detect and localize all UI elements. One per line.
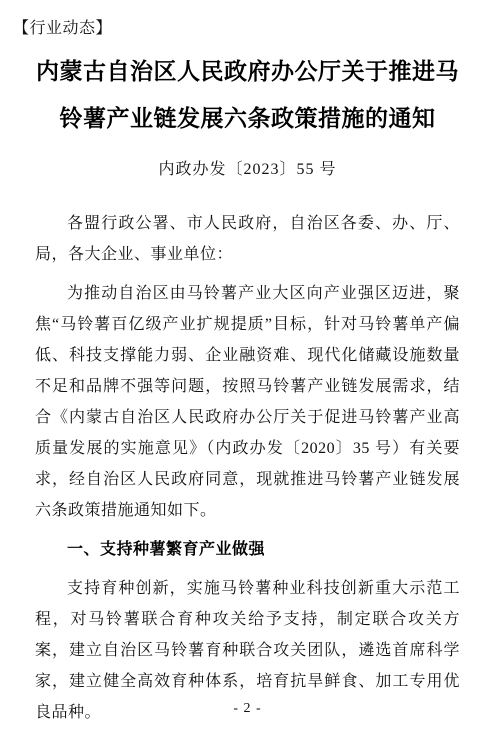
document-number: 内政办发〔2023〕55 号 — [35, 157, 460, 183]
section-1-heading: 一、支持种薯繁育产业做强 — [35, 534, 460, 565]
document-page: 【行业动态】 内蒙古自治区人民政府办公厅关于推进马铃薯产业链发展六条政策措施的通… — [0, 0, 495, 729]
intro-paragraph: 为推动自治区由马铃薯产业大区向产业强区迈进，聚焦“马铃薯百亿级产业扩规提质”目标… — [35, 278, 460, 526]
page-number: - 2 - — [0, 701, 495, 717]
salutation-paragraph: 各盟行政公署、市人民政府，自治区各委、办、厅、局，各大企业、事业单位： — [35, 208, 460, 270]
section-tag: 【行业动态】 — [13, 15, 112, 38]
document-title: 内蒙古自治区人民政府办公厅关于推进马铃薯产业链发展六条政策措施的通知 — [35, 48, 460, 142]
